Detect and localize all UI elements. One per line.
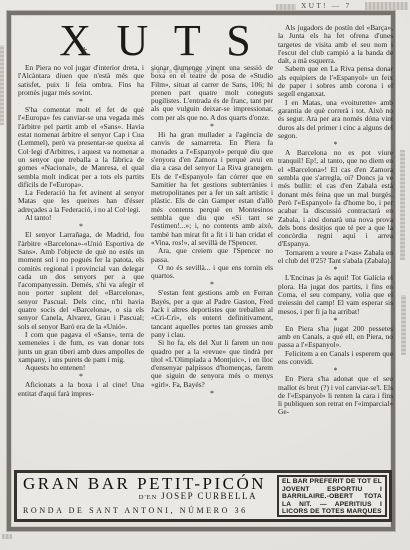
paragraph: I en Matas, una «voiturette» amb garanti… (278, 99, 393, 140)
ad-owner-prefix: D'EN (139, 494, 158, 501)
ad-main-block: GRAN BAR PETIT-PICÓN D'EN JOSEP CURBELLA… (17, 473, 275, 519)
paragraph: O no és sevillà... i que ens tornin els … (151, 264, 273, 281)
section-separator: * (151, 389, 273, 398)
paragraph: En Piera s'ha jugat 200 pessetes amb en … (278, 325, 393, 350)
paragraph: I com que pagava el «Sans», terra de xem… (18, 331, 144, 364)
paragraph: Tornarem a veure a l'«as» Zabala en el c… (278, 249, 393, 266)
column-3: Als jugadors de postín del «Barça», la J… (278, 24, 393, 468)
column-1: En Piera no vol jugar d'interior dreta, … (18, 64, 144, 468)
paragraph: Hi ha gran mullader a l'agència de canvi… (151, 131, 273, 247)
paragraph: La Federació ha fet avinent al senyor Ma… (18, 189, 144, 214)
paragraph: Sabem que en La Riva pensa donar als equ… (278, 65, 393, 98)
paragraph: Ara, que creiem que l'Spencer no passa. (151, 247, 273, 264)
advertisement-bar-petit-picon: GRAN BAR PETIT-PICÓN D'EN JOSEP CURBELLA… (14, 470, 392, 522)
column-2: sionar diumenge vinent una sessió de box… (151, 64, 273, 468)
page-title: †XUTS (29, 15, 281, 67)
scan-artifact (0, 45, 4, 125)
paragraph: Aquests ho entenen! (18, 364, 144, 372)
scan-artifact (400, 150, 405, 260)
scan-artifact (276, 4, 296, 10)
ad-slogan-box: EL BAR PREFERIT DE TOT EL JOVENT ESPORTI… (277, 475, 387, 517)
ad-owner-line: D'EN JOSEP CURBELLA (23, 492, 273, 502)
running-head: XUT! — 7 (301, 1, 352, 10)
scan-artifact (365, 2, 408, 10)
scan-artifact (401, 295, 406, 355)
paragraph: Aficionats a la boxa i al cine! Una enti… (18, 381, 144, 398)
paragraph: S'ha comentat molt el fet de què l'«Euro… (18, 106, 144, 189)
paragraph: En Piera s'ha adonat que el seu mallot é… (278, 375, 393, 416)
paragraph: Felicitem a en Canals i esperem que ens … (278, 350, 393, 367)
paragraph: A Barcelona no es pot viure tranquil! Ep… (278, 149, 393, 249)
ad-address: RONDA DE SANT ANTONI, NÚMERO 36 (23, 506, 273, 515)
paragraph: S'estan fent gestions amb en Ferran Bayé… (151, 289, 273, 339)
paragraph: L'Encinas ja és aquí! Tot Galícia el plo… (278, 274, 393, 315)
scan-artifact (2, 534, 12, 539)
page-title-text: XUTS (59, 16, 276, 65)
paragraph: En Piera no vol jugar d'interior dreta, … (18, 64, 144, 97)
paragraph: Si ho fa, els del Xut li farem un nou qu… (151, 339, 273, 389)
paragraph: Al tanto! (18, 214, 144, 222)
page-frame: †XUTS En Piera no vol jugar d'interior d… (7, 11, 395, 531)
paragraph: sionar diumenge vinent una sessió de box… (151, 64, 273, 122)
paragraph: Als jugadors de postín del «Barça», la J… (278, 24, 393, 65)
newspaper-page: XUT! — 7 †XUTS En Piera no vol jugar d'i… (0, 0, 410, 550)
paragraph: El senyor Larrañaga, de Madrid, fou l'àr… (18, 231, 144, 331)
ad-owner-name: JOSEP CURBELLA (161, 491, 257, 501)
